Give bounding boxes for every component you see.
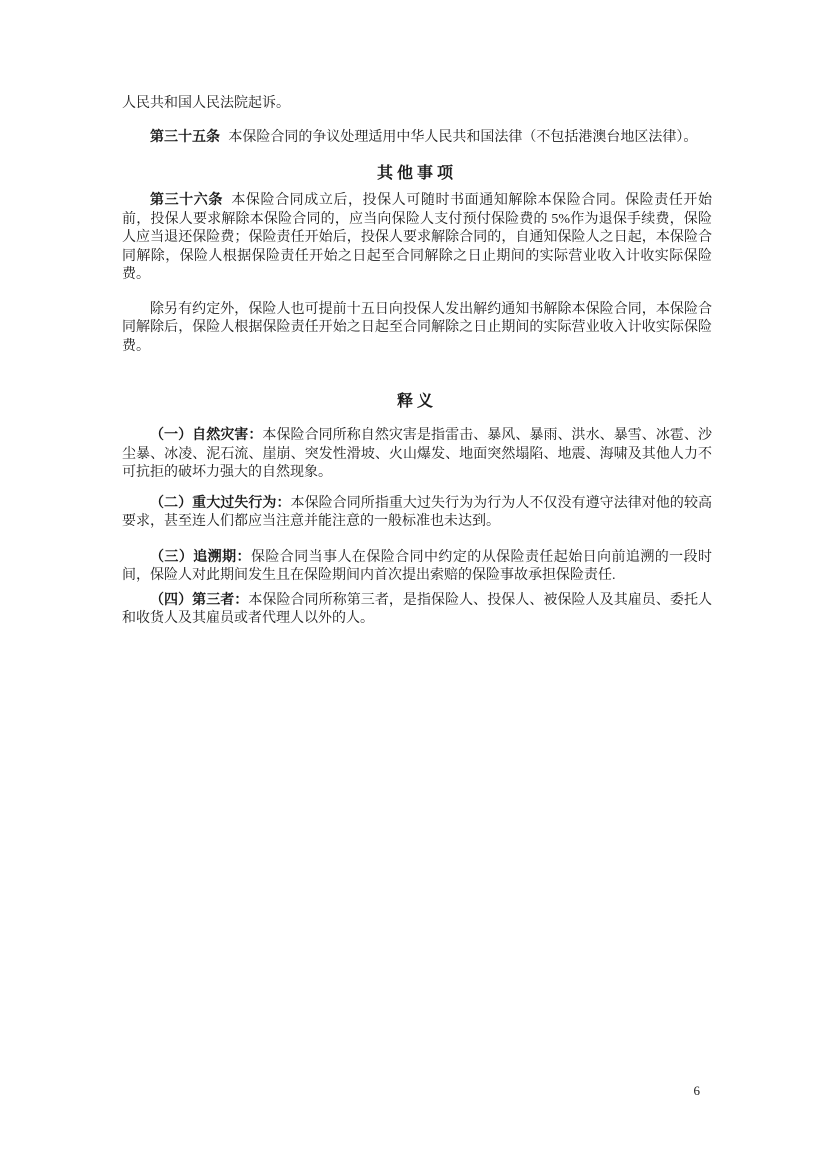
paragraph-article-36: 第三十六条本保险合同成立后，投保人可随时书面通知解除本保险合同。保险责任开始前，… bbox=[122, 192, 712, 285]
article-35-body: 本保险合同的争议处理适用中华人民共和国法律（不包括港澳台地区法律）。 bbox=[228, 130, 697, 145]
contract-text-block: 人民共和国人民法院起诉。 第三十五条本保险合同的争议处理适用中华人民共和国法律（… bbox=[122, 95, 712, 629]
paragraph-article-36-supplement: 除另有约定外，保险人也可提前十五日向投保人发出解约通知书解除本保险合同，本保险合… bbox=[122, 301, 712, 357]
definition-retroactive-period-term: （三）追溯期： bbox=[150, 550, 251, 565]
definition-natural-disaster: （一）自然灾害：本保险合同所称自然灾害是指雷击、暴风、暴雨、洪水、暴雪、冰雹、沙… bbox=[122, 427, 712, 483]
definition-retroactive-period: （三）追溯期：保险合同当事人在保险合同中约定的从保险责任起始日向前追溯的一段时间… bbox=[122, 549, 712, 586]
definition-third-party: （四）第三者：本保险合同所称第三者，是指保险人、投保人、被保险人及其雇员、委托人… bbox=[122, 592, 712, 629]
definition-natural-disaster-term: （一）自然灾害： bbox=[150, 428, 262, 443]
definition-third-party-term: （四）第三者： bbox=[150, 593, 248, 608]
definition-gross-negligence: （二）重大过失行为：本保险合同所指重大过失行为为行为人不仅没有遵守法律对他的较高… bbox=[122, 495, 712, 532]
page-number: 6 bbox=[694, 1083, 701, 1099]
paragraph-article-35: 第三十五条本保险合同的争议处理适用中华人民共和国法律（不包括港澳台地区法律）。 bbox=[122, 129, 712, 148]
heading-other-matters: 其他事项 bbox=[122, 164, 712, 184]
article-35-number: 第三十五条 bbox=[150, 130, 220, 145]
paragraph-continuation: 人民共和国人民法院起诉。 bbox=[122, 95, 712, 114]
heading-definitions: 释义 bbox=[122, 392, 712, 412]
article-36-number: 第三十六条 bbox=[150, 193, 223, 208]
contract-document-page: 人民共和国人民法院起诉。 第三十五条本保险合同的争议处理适用中华人民共和国法律（… bbox=[0, 0, 827, 1169]
definition-gross-negligence-term: （二）重大过失行为： bbox=[150, 496, 291, 511]
